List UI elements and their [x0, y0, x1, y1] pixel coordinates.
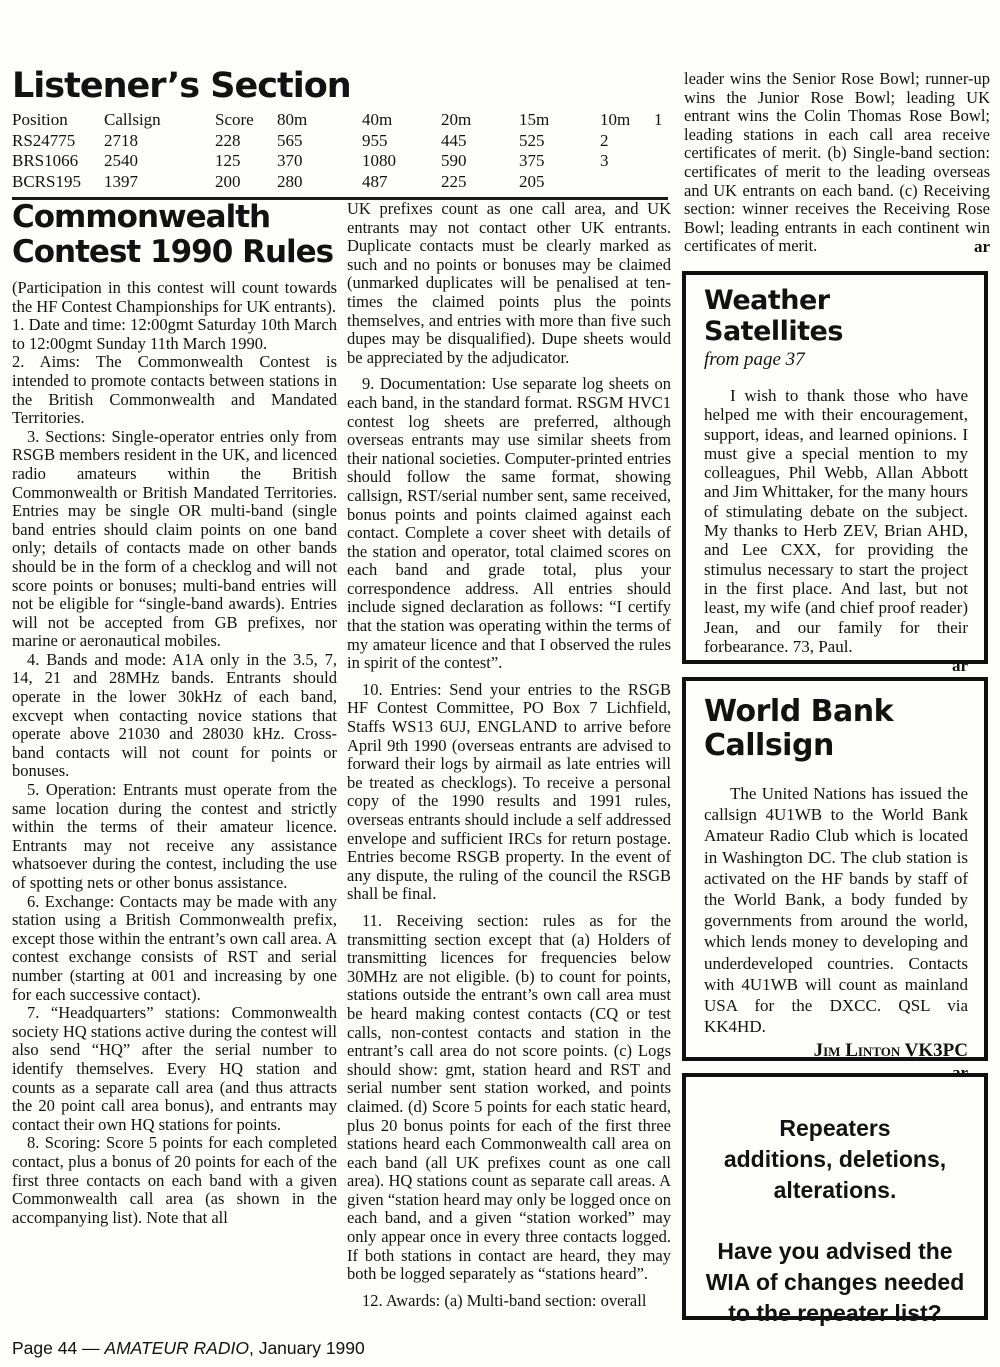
repeaters-notice-box: Repeaters additions, deletions, alterati… — [682, 1073, 988, 1320]
table-cell: 955 — [362, 131, 441, 152]
paragraph: 8. Scoring: Score 5 points for each comp… — [12, 1134, 337, 1227]
paragraph: 11. Receiving section: rules as for the … — [347, 912, 671, 1284]
paragraph: 6. Exchange: Contacts may be made with a… — [12, 893, 337, 1005]
paragraph: 7. “Headquarters” stations: Commonwealth… — [12, 1004, 337, 1134]
page-title: Listener’s Section — [12, 66, 668, 106]
notice-line: to the repeater list? — [700, 1298, 970, 1329]
table-cell: 228 — [215, 131, 277, 152]
table-header-cell: 80m — [277, 110, 362, 131]
table-cell: 375 — [519, 151, 600, 172]
table-cell: 125 — [215, 151, 277, 172]
paragraph: UK prefixes count as one call area, and … — [347, 200, 671, 367]
table-cell: 370 — [277, 151, 362, 172]
page-footer: Page 44 — AMATEUR RADIO, January 1990 — [12, 1338, 365, 1359]
table-header-cell: Callsign — [104, 110, 215, 131]
worldbank-box-title: World Bank Callsign — [704, 695, 968, 763]
table-header-cell: 20m — [441, 110, 519, 131]
table-header-cell: 1 — [654, 110, 668, 131]
table-cell: 280 — [277, 172, 362, 193]
paragraph: 1. Date and time: 12:00gmt Saturday 10th… — [12, 316, 337, 353]
paragraph: 2. Aims: The Commonwealth Contest is int… — [12, 353, 337, 427]
article-column-middle: UK prefixes count as one call area, and … — [347, 200, 671, 1318]
table-cell: BCRS195 — [12, 172, 104, 193]
paragraph: 12. Awards: (a) Multi-band section: over… — [347, 1292, 671, 1311]
table-cell — [654, 151, 668, 172]
table-header-cell: 40m — [362, 110, 441, 131]
table-cell: BRS1066 — [12, 151, 104, 172]
table-cell — [600, 172, 654, 193]
paragraph: 5. Operation: Entrants must operate from… — [12, 781, 337, 893]
paragraph: 9. Documentation: Use separate log sheet… — [347, 375, 671, 673]
table-cell: 2 — [600, 131, 654, 152]
paragraph: leader wins the Senior Rose Bowl; runner… — [684, 70, 990, 256]
footer-magazine-name: AMATEUR RADIO — [104, 1338, 249, 1358]
notice-line: alterations. — [700, 1175, 970, 1206]
table-cell — [654, 172, 668, 193]
table-cell: RS24775 — [12, 131, 104, 152]
table-cell: 590 — [441, 151, 519, 172]
footer-date: , January 1990 — [249, 1338, 365, 1358]
table-cell: 2718 — [104, 131, 215, 152]
weather-end-mark: ar — [704, 656, 968, 676]
table-header-cell: 15m — [519, 110, 600, 131]
table-cell: 225 — [441, 172, 519, 193]
table-cell: 487 — [362, 172, 441, 193]
notice-line: Have you advised the — [700, 1236, 970, 1267]
article-column-right: leader wins the Senior Rose Bowl; runner… — [684, 70, 990, 257]
magazine-page: Listener’s Section Position Callsign Sco… — [0, 0, 1000, 1367]
paragraph: I wish to thank those who have helped me… — [704, 386, 968, 656]
weather-satellites-box: Weather Satellites from page 37 I wish t… — [682, 271, 988, 664]
weather-box-subtitle: from page 37 — [704, 348, 968, 372]
table-cell: 2540 — [104, 151, 215, 172]
article-title: Commonwealth Contest 1990 Rules — [12, 200, 337, 270]
table-cell: 445 — [441, 131, 519, 152]
notice-line: additions, deletions, — [700, 1144, 970, 1175]
paragraph: 3. Sections: Single-operator entries onl… — [12, 428, 337, 651]
table-cell: 565 — [277, 131, 362, 152]
notice-line: Repeaters — [700, 1113, 970, 1144]
article-column-left: Commonwealth Contest 1990 Rules (Partici… — [12, 200, 337, 1227]
paragraph: The United Nations has issued the callsi… — [704, 783, 968, 1037]
listener-section-header: Listener’s Section Position Callsign Sco… — [12, 66, 668, 200]
weather-box-title: Weather Satellites — [704, 285, 968, 347]
world-bank-callsign-box: World Bank Callsign The United Nations h… — [682, 677, 988, 1061]
paragraph: 10. Entries: Send your entries to the RS… — [347, 681, 671, 904]
table-cell: 205 — [519, 172, 600, 193]
paragraph: 4. Bands and mode: A1A only in the 3.5, … — [12, 651, 337, 781]
paragraph: (Participation in this contest will coun… — [12, 279, 337, 316]
table-header-cell: Score — [215, 110, 277, 131]
table-cell: 525 — [519, 131, 600, 152]
results-table: Position Callsign Score 80m 40m 20m 15m … — [12, 110, 668, 200]
table-header-cell: Position — [12, 110, 104, 131]
table-cell: 1397 — [104, 172, 215, 193]
spacer — [700, 1206, 970, 1236]
byline: Jim Linton VK3PC — [704, 1039, 968, 1063]
footer-page-number: Page 44 — — [12, 1338, 104, 1358]
table-cell: 3 — [600, 151, 654, 172]
table-cell: 1080 — [362, 151, 441, 172]
table-header-cell: 10m — [600, 110, 654, 131]
table-cell — [654, 131, 668, 152]
notice-line: WIA of changes needed — [700, 1267, 970, 1298]
table-cell: 200 — [215, 172, 277, 193]
